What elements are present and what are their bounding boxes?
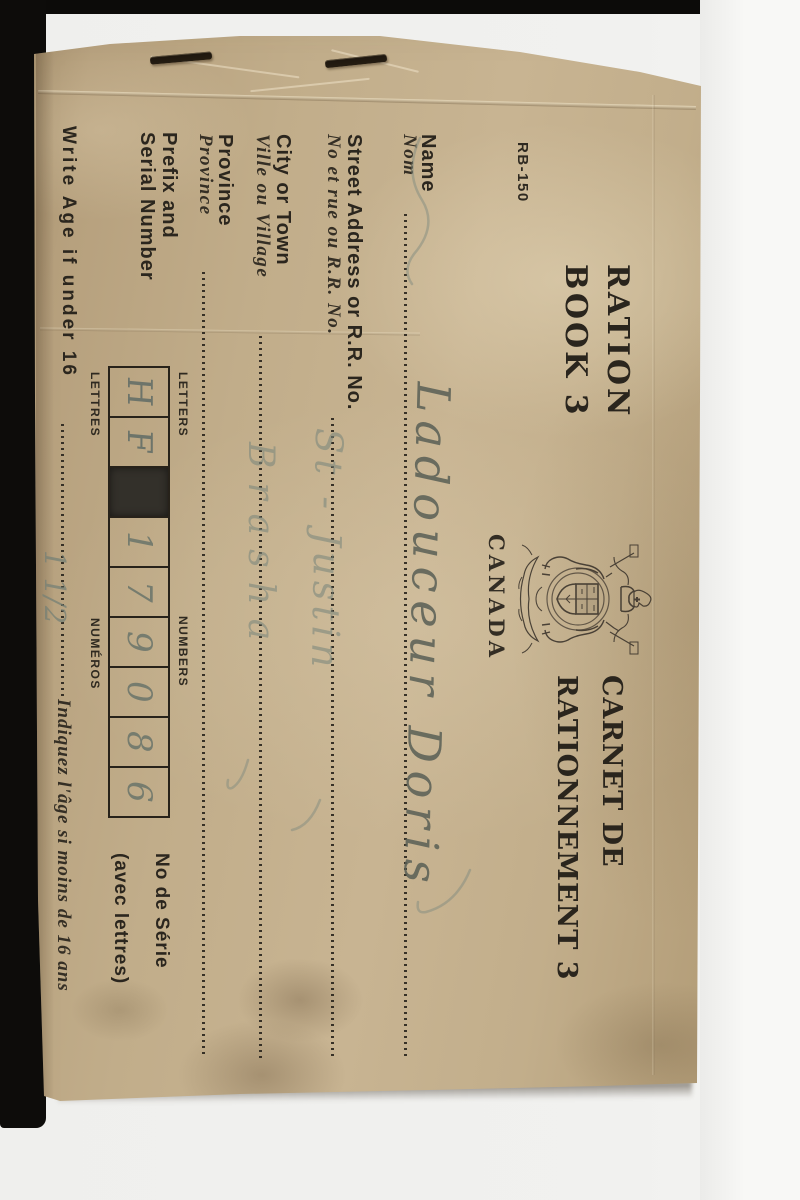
- street-label-fr: No et rue ou R.R. No.: [322, 134, 343, 335]
- serial-number-box: 9: [110, 616, 168, 666]
- serial-separator-box: [110, 466, 168, 516]
- serial-number-box: 1: [110, 516, 168, 566]
- city-label-fr: Ville ou Village: [251, 134, 272, 278]
- serial-digit: 1: [119, 531, 159, 553]
- serial-letter-value: F: [119, 428, 159, 456]
- age-handwritten-value: 1 1/2: [38, 550, 72, 624]
- serial-letter-value: H: [119, 375, 159, 409]
- province-label-fr: Province: [194, 134, 215, 216]
- ration-book-cover: RB-150 RATION BOOK 3 CARNET DE RATIONNEM…: [0, 0, 800, 1200]
- serial-digit: 8: [119, 731, 159, 753]
- province-label-en: Province: [214, 134, 236, 226]
- numbers-label-en: NUMBERS: [176, 616, 190, 687]
- serial-number-box: 8: [110, 716, 168, 766]
- serial-digit: 6: [119, 781, 159, 803]
- serial-digit: 7: [119, 581, 159, 603]
- fold-crease: [38, 90, 696, 110]
- name-label-fr: Nom: [398, 134, 419, 177]
- age-label-en: Write Age if under 16: [57, 126, 78, 378]
- serial-label-fr: No de Série (avec lettres): [100, 853, 182, 984]
- serial-label-en: Prefix and Serial Number: [136, 132, 180, 281]
- serial-letter-box: F: [110, 416, 168, 466]
- scanner-bed-background: [700, 0, 800, 1200]
- street-handwritten-value: St - Justin: [303, 428, 351, 673]
- street-label-en: Street Address or R.R. No.: [343, 134, 365, 410]
- title-french: CARNET DE RATIONNEMENT 3: [544, 675, 634, 981]
- city-handwritten-value: Brasha: [240, 442, 281, 654]
- letters-label-en: LETTERS: [176, 372, 190, 437]
- name-label-en: Name: [417, 134, 439, 192]
- serial-number-box: 0: [110, 666, 168, 716]
- serial-letter-box: H: [110, 368, 168, 416]
- scanner-black-top-strip: [0, 0, 762, 14]
- canada-coat-of-arms-icon: [515, 537, 662, 662]
- numbers-label-fr: NUMÉROS: [88, 618, 102, 690]
- country-label: CANADA: [484, 534, 509, 661]
- age-label-fr: Indiquez l'âge si moins de 16 ans: [52, 699, 73, 992]
- letters-label-fr: LETTRES: [88, 372, 102, 437]
- form-number: RB-150: [514, 142, 531, 203]
- serial-number-boxes: H F 1 7 9 0 8 6: [108, 366, 170, 818]
- serial-number-box: 6: [110, 766, 168, 816]
- title-english: RATION BOOK 3: [554, 264, 638, 418]
- paper-wrinkle: [250, 78, 370, 93]
- province-dotted-line: [202, 272, 205, 1058]
- staple-icon: [325, 54, 387, 68]
- city-label-en: City or Town: [272, 134, 294, 266]
- serial-digit: 0: [119, 681, 159, 703]
- serial-digit: 9: [119, 631, 159, 653]
- serial-number-box: 7: [110, 566, 168, 616]
